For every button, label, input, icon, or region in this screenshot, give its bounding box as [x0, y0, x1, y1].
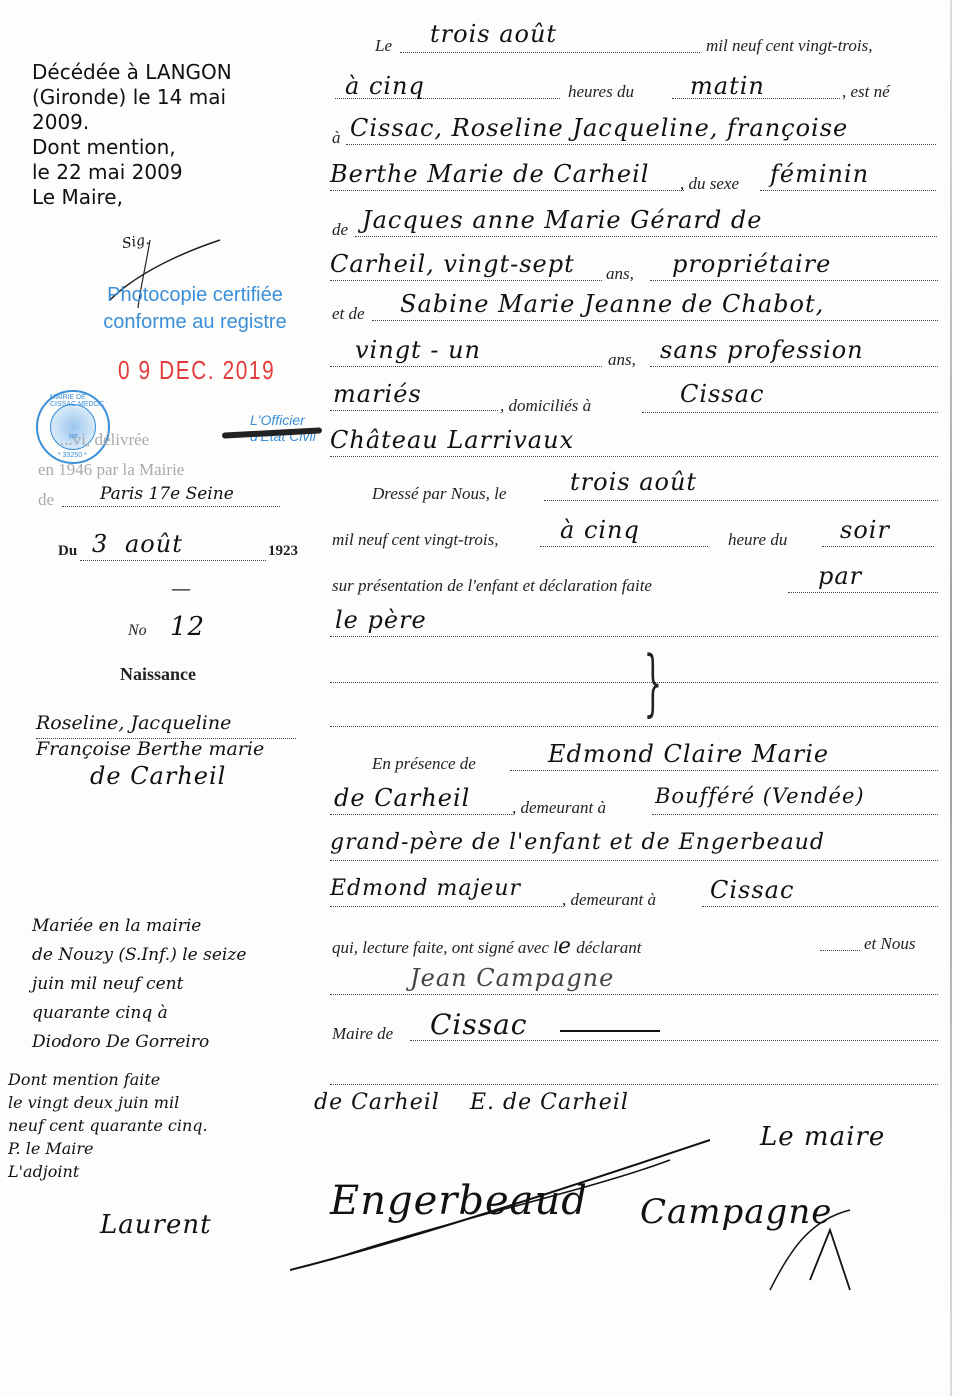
record-dash: — [172, 578, 190, 599]
act-label-et-de: et de [332, 304, 365, 324]
birth-period-field: matin [690, 72, 765, 100]
marital-status-field: mariés [333, 380, 422, 408]
act-label-ans-2: ans, [608, 350, 636, 370]
record-month: août [125, 530, 183, 558]
record-type: Naissance [120, 664, 196, 685]
record-number: 12 [170, 612, 205, 642]
mother-name-field: Sabine Marie Jeanne de Chabot, [400, 290, 824, 318]
witness-1-name-field: Edmond Claire Marie [548, 740, 829, 768]
record-year: 1923 [268, 543, 298, 560]
record-date-prefix: Du [58, 543, 77, 560]
act-label-le: Le [375, 36, 392, 56]
signature-flourish-icon [290, 1100, 910, 1300]
death-annotation: Décédée à LANGON (Gironde) le 14 mai 200… [32, 60, 232, 210]
declarant-field-2: le père [335, 606, 427, 634]
birth-year-text: mil neuf cent vingt-trois, [706, 36, 873, 56]
sex-field: féminin [770, 160, 869, 188]
witness-2-name-field: Edmond majeur [330, 876, 521, 901]
residence-field: Cissac [680, 380, 764, 408]
act-label-en-presence: En présence de [372, 754, 476, 774]
act-label-ans-1: ans, [606, 264, 634, 284]
child-name-line-2: Françoise Berthe marie [36, 738, 264, 760]
father-age-field: Carheil, vingt-sept [330, 250, 575, 278]
mother-occupation-field: sans profession [660, 336, 864, 364]
act-label-de-father: de [332, 220, 348, 240]
certified-copy-stamp: Photocopie certifiée conforme au registr… [70, 282, 320, 336]
issued-by-city: Paris 17e Seine [100, 484, 234, 504]
act-label-est-ne: , est né [842, 82, 890, 102]
witness-2-residence-field: Cissac [710, 876, 794, 904]
act-label-a: à [332, 128, 341, 148]
faded-print-line-2: en 1946 par la Mairie [38, 460, 184, 480]
record-day: 3 [92, 530, 108, 558]
witness-relation-field: grand-père de l'enfant et de Engerbeaud [330, 830, 825, 855]
act-label-presentation: sur présentation de l'enfant et déclarat… [332, 576, 652, 596]
officer-line-1: L'Officier [250, 412, 316, 428]
adjoint-signature: Laurent [100, 1210, 212, 1240]
drafted-date-field: trois août [570, 468, 697, 496]
mother-age-field: vingt - un [355, 336, 481, 364]
child-name-line-1: Roseline, Jacqueline [36, 712, 231, 734]
seal-text: MAIRIE DE CISSAC MEDOC [50, 394, 108, 408]
witness-1-residence-field: Boufféré (Vendée) [655, 784, 865, 808]
marriage-annotation: Mariée en la mairie de Nouzy (S.Inf.) le… [32, 912, 246, 1057]
act-label-year-2: mil neuf cent vingt-trois, [332, 530, 499, 550]
drafted-hour-field: à cinq [560, 516, 640, 544]
seal-code: * 33250 * [58, 452, 87, 459]
act-label-domicilies: , domiciliés à [500, 396, 591, 416]
signed-text-nous: et Nous [864, 934, 915, 954]
act-label-heures: heures du [568, 82, 634, 102]
birth-hour-field: à cinq [345, 72, 425, 100]
brace-mark: } [644, 640, 662, 724]
father-occupation-field: propriétaire [672, 250, 831, 278]
act-label-demeurant-2: , demeurant à [562, 890, 656, 910]
drafted-period-field: soir [840, 516, 890, 544]
act-label-sexe: , du sexe [680, 174, 739, 194]
child-surname-field: Berthe Marie de Carheil [330, 160, 649, 188]
faded-print-line-3-label: de [38, 490, 54, 510]
page-edge [950, 0, 952, 1396]
witness-1-surname-field: de Carheil [334, 784, 470, 812]
birth-certificate-page: Décédée à LANGON (Gironde) le 14 mai 200… [0, 0, 960, 1396]
record-number-label: No [128, 622, 147, 640]
act-signed-line: qui, lecture faite, ont signé avec le dé… [332, 934, 641, 959]
date-stamp: 0 9 DEC. 2019 [118, 355, 275, 386]
certified-line-1: Photocopie certifiée [70, 282, 320, 309]
mayor-commune-field: Cissac [430, 1008, 528, 1041]
signed-text-a: qui, lecture faite, ont signé avec l [332, 938, 558, 957]
certified-line-2: conforme au registre [70, 309, 320, 336]
faded-print-line-1: ...vi, délivrée [60, 430, 149, 450]
mairie-seal-icon: MAIRIE DE CISSAC MEDOC RF * 33250 * [36, 390, 110, 464]
act-label-dresse: Dressé par Nous, le [372, 484, 506, 504]
marriage-mention: Dont mention faite le vingt deux juin mi… [8, 1068, 208, 1183]
act-label-heure-du: heure du [728, 530, 787, 550]
act-label-demeurant-1: , demeurant à [512, 798, 606, 818]
signed-article-field: e [558, 934, 572, 959]
signed-text-declarant: déclarant [576, 938, 641, 957]
mayor-name-field: Jean Campagne [410, 964, 614, 992]
act-label-maire-de: Maire de [332, 1024, 393, 1044]
declarant-field-1: par [818, 562, 862, 590]
child-name-line-3: de Carheil [90, 762, 226, 790]
father-name-field: Jacques anne Marie Gérard de [362, 206, 762, 234]
residence-detail-field: Château Larrivaux [330, 426, 574, 454]
birth-place-and-name-field: Cissac, Roseline Jacqueline, françoise [350, 114, 848, 142]
birth-date-field: trois août [430, 20, 557, 48]
